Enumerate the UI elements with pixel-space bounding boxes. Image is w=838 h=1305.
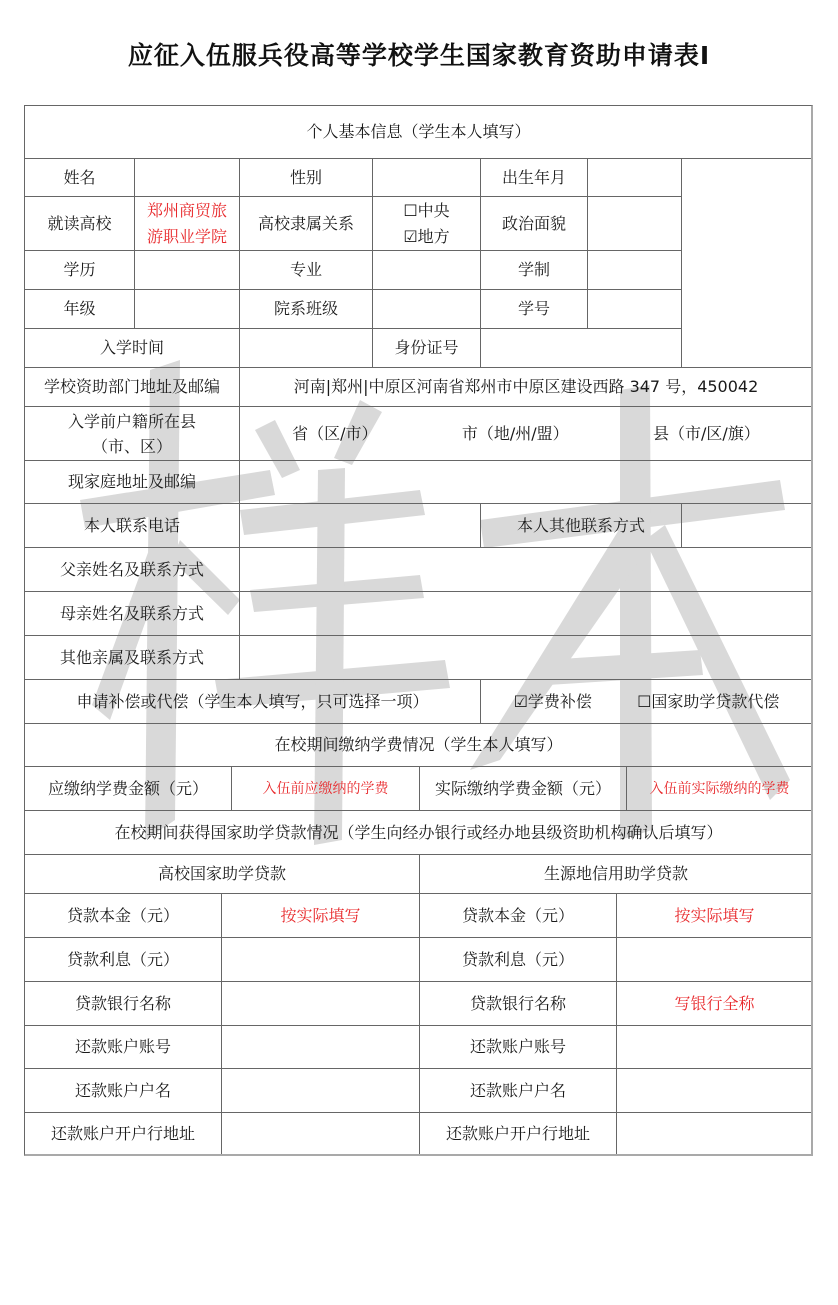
- home-address-label: 现家庭地址及邮编: [24, 460, 240, 504]
- affiliation-options: ☐中央 ☑地方: [372, 196, 481, 251]
- origin-loan-bank-label: 贷款银行名称: [419, 981, 617, 1026]
- origin-loan-interest-label: 贷款利息（元）: [419, 937, 617, 982]
- school-loan-interest-field[interactable]: [221, 937, 420, 982]
- student-id-field[interactable]: [587, 289, 682, 329]
- tuition-due-label: 应缴纳学费金额（元）: [24, 766, 232, 811]
- application-form-table: 个人基本信息（学生本人填写） 姓名 性别 出生年月 就读高校 郑州商贸旅 游职业…: [0, 0, 838, 1305]
- father-label: 父亲姓名及联系方式: [24, 547, 240, 592]
- class-label: 院系班级: [239, 289, 373, 329]
- origin-loan-principal-field[interactable]: 按实际填写: [616, 893, 813, 938]
- birth-label: 出生年月: [480, 158, 588, 197]
- school-loan-interest-label: 贷款利息（元）: [24, 937, 222, 982]
- school-field[interactable]: 郑州商贸旅 游职业学院: [134, 196, 240, 251]
- class-field[interactable]: [372, 289, 481, 329]
- school-value-line2: 游职业学院: [147, 224, 227, 250]
- personal-info-header: 个人基本信息（学生本人填写）: [24, 105, 813, 159]
- household-label: 入学前户籍所在县 （市、区）: [24, 406, 240, 461]
- household-province: 省（区/市）: [292, 422, 377, 446]
- apply-option-loan-repayment[interactable]: ☐国家助学贷款代偿: [637, 690, 779, 714]
- origin-loan-account-number-label: 还款账户账号: [419, 1025, 617, 1069]
- school-loan-bank-address-field[interactable]: [221, 1112, 420, 1156]
- school-aid-address-field[interactable]: 河南|郑州|中原区河南省郑州市中原区建设西路 347 号，450042: [239, 367, 813, 407]
- birth-field[interactable]: [587, 158, 682, 197]
- apply-option-tuition-compensation[interactable]: ☑学费补偿: [514, 690, 592, 714]
- id-card-field[interactable]: [480, 328, 682, 368]
- affiliation-label: 高校隶属关系: [239, 196, 373, 251]
- school-value-line1: 郑州商贸旅: [147, 198, 227, 224]
- major-label: 专业: [239, 250, 373, 290]
- relative-field[interactable]: [239, 635, 813, 680]
- school-loan-account-number-field[interactable]: [221, 1025, 420, 1069]
- school-loan-account-number-label: 还款账户账号: [24, 1025, 222, 1069]
- student-id-label: 学号: [480, 289, 588, 329]
- grade-label: 年级: [24, 289, 135, 329]
- home-address-field[interactable]: [239, 460, 813, 504]
- tuition-due-field[interactable]: 入伍前应缴纳的学费: [231, 766, 420, 811]
- checkbox-unchecked-icon[interactable]: ☐: [637, 690, 651, 714]
- mother-field[interactable]: [239, 591, 813, 636]
- loan-section-header: 在校期间获得国家助学贷款情况（学生向经办银行或经办地县级资助机构确认后填写）: [24, 810, 813, 855]
- affiliation-option-central[interactable]: ☐中央: [403, 198, 449, 224]
- school-label: 就读高校: [24, 196, 135, 251]
- household-city: 市（地/州/盟）: [462, 422, 569, 446]
- school-loan-bank-label: 贷款银行名称: [24, 981, 222, 1026]
- school-loan-title: 高校国家助学贷款: [24, 854, 420, 894]
- school-loan-bank-address-label: 还款账户开户行地址: [24, 1112, 222, 1156]
- tuition-section-header: 在校期间缴纳学费情况（学生本人填写）: [24, 723, 813, 767]
- school-aid-address-label: 学校资助部门地址及邮编: [24, 367, 240, 407]
- other-contact-label: 本人其他联系方式: [480, 503, 682, 548]
- origin-loan-account-number-field[interactable]: [616, 1025, 813, 1069]
- origin-loan-bank-field[interactable]: 写银行全称: [616, 981, 813, 1026]
- photo-area[interactable]: [681, 158, 813, 368]
- mother-label: 母亲姓名及联系方式: [24, 591, 240, 636]
- tuition-paid-field[interactable]: 入伍前实际缴纳的学费: [626, 766, 813, 811]
- origin-loan-bank-address-label: 还款账户开户行地址: [419, 1112, 617, 1156]
- relative-label: 其他亲属及联系方式: [24, 635, 240, 680]
- school-loan-principal-field[interactable]: 按实际填写: [221, 893, 420, 938]
- political-label: 政治面貌: [480, 196, 588, 251]
- apply-type-options: ☑学费补偿 ☐国家助学贷款代偿: [480, 679, 813, 724]
- school-loan-account-name-label: 还款账户户名: [24, 1068, 222, 1113]
- political-field[interactable]: [587, 196, 682, 251]
- origin-loan-account-name-field[interactable]: [616, 1068, 813, 1113]
- father-field[interactable]: [239, 547, 813, 592]
- household-field[interactable]: 省（区/市） 市（地/州/盟） 县（市/区/旗）: [239, 406, 813, 461]
- education-label: 学历: [24, 250, 135, 290]
- major-field[interactable]: [372, 250, 481, 290]
- phone-field[interactable]: [239, 503, 481, 548]
- tuition-paid-label: 实际缴纳学费金额（元）: [419, 766, 627, 811]
- grade-field[interactable]: [134, 289, 240, 329]
- enroll-time-label: 入学时间: [24, 328, 240, 368]
- name-field[interactable]: [134, 158, 240, 197]
- phone-label: 本人联系电话: [24, 503, 240, 548]
- origin-loan-title: 生源地信用助学贷款: [419, 854, 813, 894]
- checkbox-unchecked-icon[interactable]: ☐: [403, 198, 417, 224]
- checkbox-checked-icon[interactable]: ☑: [403, 224, 417, 250]
- household-county: 县（市/区/旗）: [653, 422, 760, 446]
- origin-loan-principal-label: 贷款本金（元）: [419, 893, 617, 938]
- apply-type-label: 申请补偿或代偿（学生本人填写，只可选择一项）: [24, 679, 481, 724]
- origin-loan-interest-field[interactable]: [616, 937, 813, 982]
- enroll-time-field[interactable]: [239, 328, 373, 368]
- gender-field[interactable]: [372, 158, 481, 197]
- duration-label: 学制: [480, 250, 588, 290]
- duration-field[interactable]: [587, 250, 682, 290]
- education-field[interactable]: [134, 250, 240, 290]
- origin-loan-account-name-label: 还款账户户名: [419, 1068, 617, 1113]
- name-label: 姓名: [24, 158, 135, 197]
- gender-label: 性别: [239, 158, 373, 197]
- origin-loan-bank-address-field[interactable]: [616, 1112, 813, 1156]
- school-loan-principal-label: 贷款本金（元）: [24, 893, 222, 938]
- school-loan-account-name-field[interactable]: [221, 1068, 420, 1113]
- checkbox-checked-icon[interactable]: ☑: [514, 690, 528, 714]
- school-loan-bank-field[interactable]: [221, 981, 420, 1026]
- affiliation-option-local[interactable]: ☑地方: [403, 224, 449, 250]
- id-card-label: 身份证号: [372, 328, 481, 368]
- other-contact-field[interactable]: [681, 503, 813, 548]
